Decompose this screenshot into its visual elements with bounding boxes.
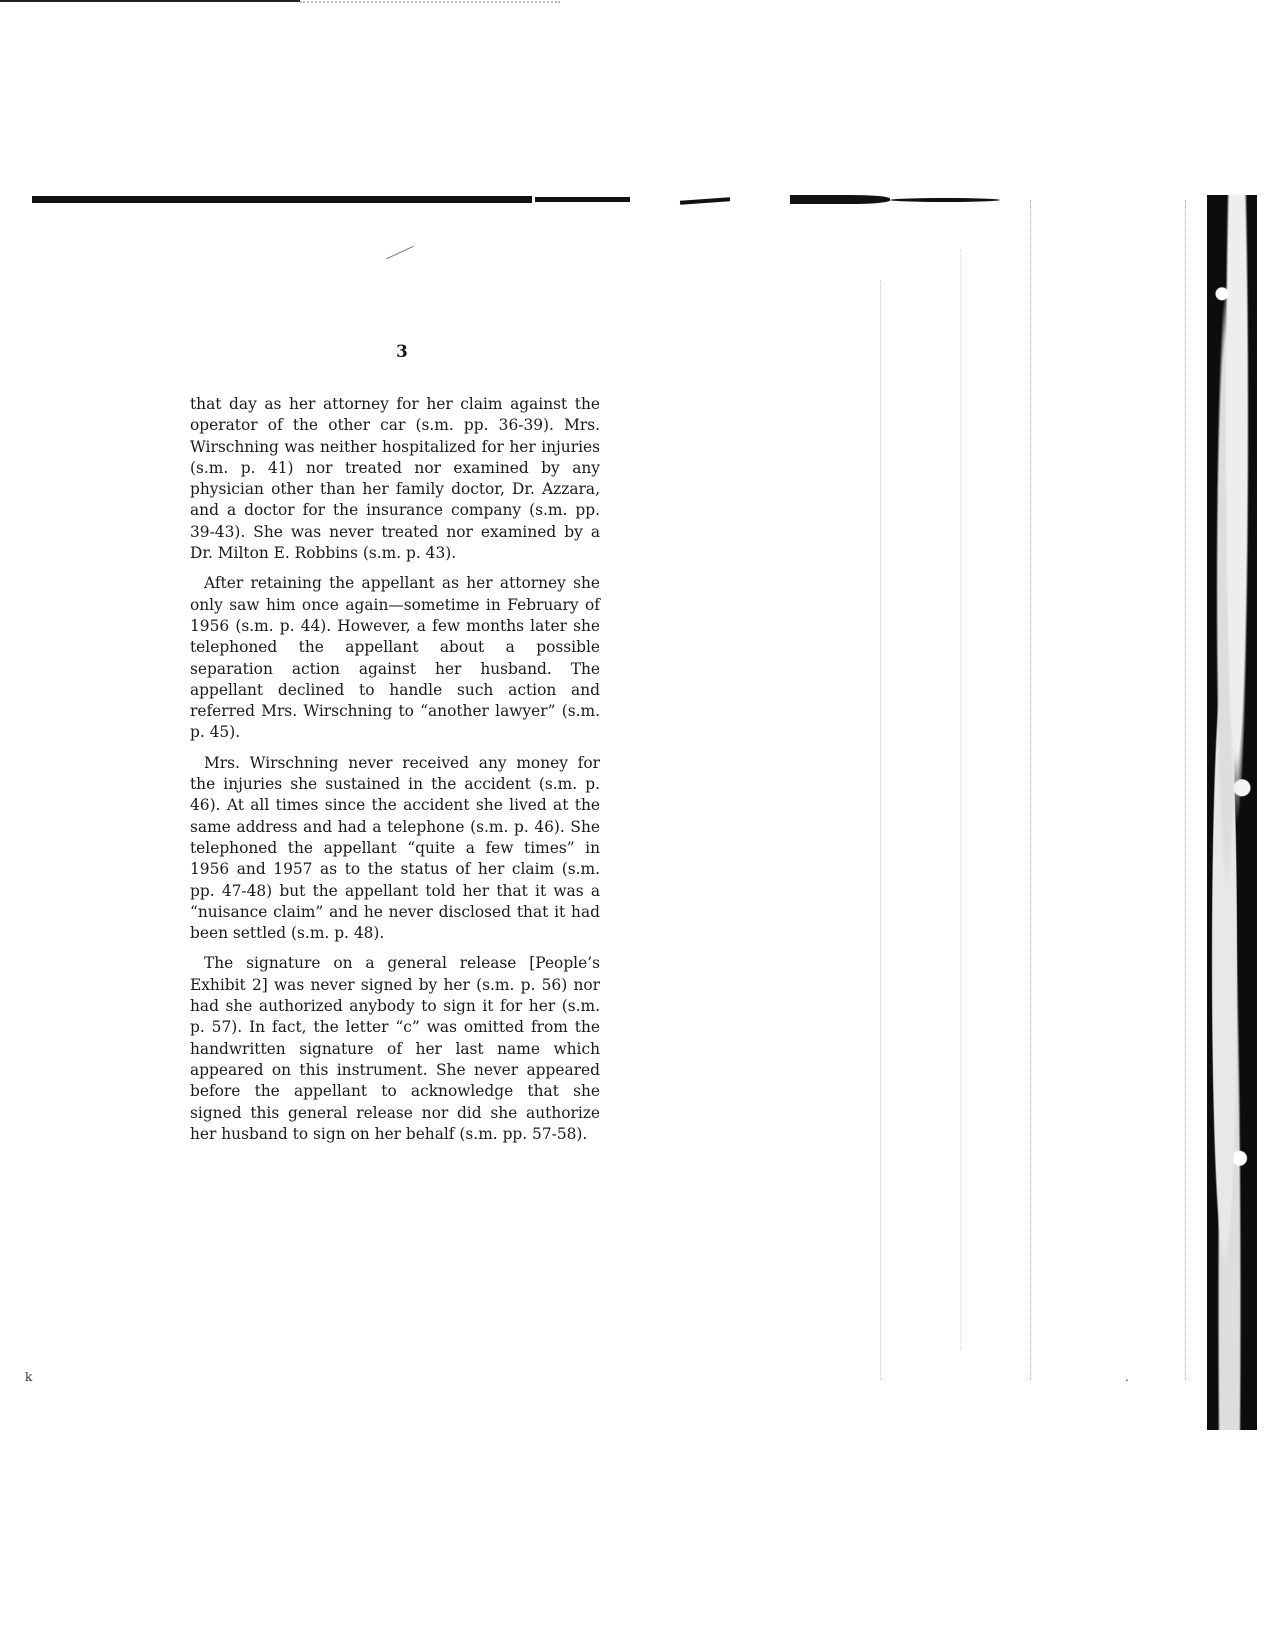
scan-bar-segment <box>890 198 1000 202</box>
page-number: 3 <box>396 342 408 362</box>
top-scan-dots <box>300 1 560 6</box>
top-scan-line <box>0 0 300 2</box>
scan-bar-segment <box>790 195 890 204</box>
paragraph: that day as her attorney for her claim a… <box>190 394 600 564</box>
paragraph: After retaining the appellant as her att… <box>190 573 600 743</box>
scan-bar-main <box>32 196 532 203</box>
paragraph: Mrs. Wirschning never received any money… <box>190 753 600 945</box>
dotted-artifact-column <box>1030 200 1031 1380</box>
dotted-artifact-column <box>1185 200 1186 1380</box>
dotted-artifact-column <box>880 280 881 1380</box>
stray-mark: . <box>1125 1370 1129 1384</box>
body-column: that day as her attorney for her claim a… <box>190 394 600 1154</box>
stray-mark: k <box>25 1370 32 1384</box>
paragraph: The signature on a general release [Peop… <box>190 953 600 1145</box>
scan-bar-segment <box>535 197 630 202</box>
dotted-artifact-column <box>960 250 961 1350</box>
scan-smudge <box>386 246 414 260</box>
binding-edge-strip <box>1207 195 1257 1430</box>
scan-bar-segment <box>680 197 730 204</box>
